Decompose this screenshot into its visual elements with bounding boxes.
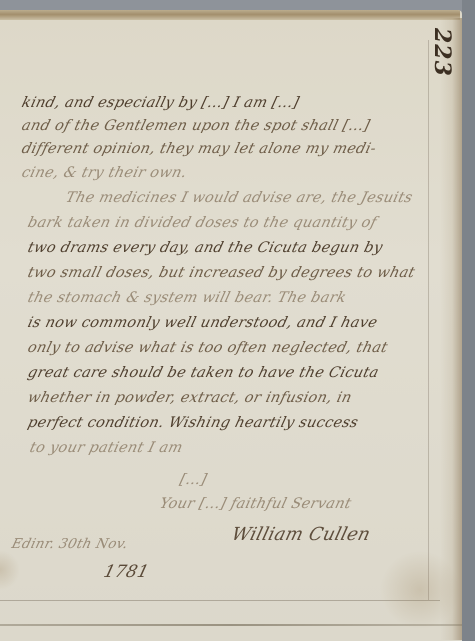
letter-line: perfect condition. Wishing heartily succ…: [26, 415, 360, 431]
manuscript-page: 223 kind, and especially by [...] I am […: [0, 10, 462, 641]
scan-background: [462, 0, 475, 641]
page-top-edge: [0, 10, 460, 20]
signature: William Cullen: [229, 524, 372, 545]
letter-line: is now commonly well understood, and I h…: [26, 315, 379, 331]
fold-line: [0, 600, 440, 601]
closing-line: [...]: [178, 472, 209, 488]
paper-stain: [380, 550, 460, 630]
page-right-edge-stain: [440, 18, 462, 640]
closing-line: Your [...] faithful Servant: [158, 496, 353, 512]
margin-fold-line: [428, 40, 429, 600]
letter-line: bark taken in divided doses to the quant…: [26, 215, 378, 231]
folio-number: 223: [429, 28, 455, 77]
letter-line: only to advise what is too often neglect…: [26, 340, 389, 356]
letter-line: two drams every day, and the Cicuta begu…: [26, 240, 384, 256]
letter-line: The medicines I would advise are, the Je…: [64, 190, 414, 206]
paper-stain: [0, 550, 20, 590]
letter-line: different opinion, they may let alone my…: [20, 141, 378, 157]
letter-line: to your patient I am: [28, 440, 184, 456]
letter-line: whether in powder, extract, or infusion,…: [26, 390, 354, 406]
year: 1781: [102, 562, 151, 582]
letter-line: cine, & try their own.: [20, 165, 189, 181]
letter-line: kind, and especially by [...] I am [...]: [20, 95, 301, 111]
letter-line: two small doses, but increased by degree…: [26, 265, 417, 281]
fold-crease: [0, 624, 462, 626]
letter-line: great care should be taken to have the C…: [26, 365, 380, 381]
letter-line: and of the Gentlemen upon the spot shall…: [20, 118, 372, 134]
place-date: Edinr. 30th Nov.: [10, 536, 130, 552]
letter-line: the stomach & system will bear. The bark: [26, 290, 348, 306]
